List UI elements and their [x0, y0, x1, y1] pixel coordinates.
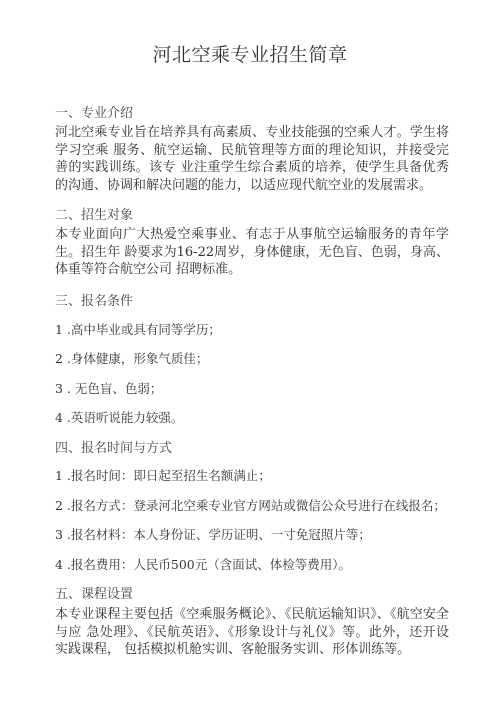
requirement-item: 2 .身体健康，形象气质佳；	[55, 349, 208, 367]
registration-item: 4 .报名费用：人民币500元（含面试、体检等费用）。	[55, 555, 351, 573]
section-paragraph-intro: 河北空乘专业旨在培养具有高素质、专业技能强的空乘人才。学生将学习空乘 服务、航空…	[55, 124, 449, 194]
section-heading-courses: 五、课程设置	[55, 583, 133, 602]
section-heading-registration: 四、报名时间与方式	[55, 437, 172, 456]
registration-item: 1 .报名时间：即日起至招生名额满止；	[55, 466, 271, 484]
document-title: 河北空乘专业招生简章	[0, 40, 500, 67]
section-heading-intro: 一、专业介绍	[55, 102, 133, 121]
section-heading-target: 二、招生对象	[55, 204, 133, 223]
section-paragraph-target: 本专业面向广大热爱空乘事业、有志于从事航空运输服务的青年学生。招生年 龄要求为1…	[55, 226, 449, 279]
registration-item: 3 .报名材料：本人身份证、学历证明、一寸免冠照片等；	[55, 525, 371, 543]
requirement-item: 1 .高中毕业或具有同等学历；	[55, 320, 221, 338]
section-heading-requirements: 三、报名条件	[55, 290, 133, 309]
section-paragraph-courses: 本专业课程主要包括《空乘服务概论》、《民航运输知识》、《航空安全与应 急处理》、…	[55, 606, 449, 659]
registration-item: 2 .报名方式：登录河北空乘专业官方网站或微信公众号进行在线报名；	[55, 496, 446, 514]
document-page: 河北空乘专业招生简章 一、专业介绍 河北空乘专业旨在培养具有高素质、专业技能强的…	[0, 0, 500, 722]
requirement-item: 4 .英语听说能力较强。	[55, 408, 183, 426]
requirement-item: 3 . 无色盲、色弱；	[55, 379, 162, 397]
